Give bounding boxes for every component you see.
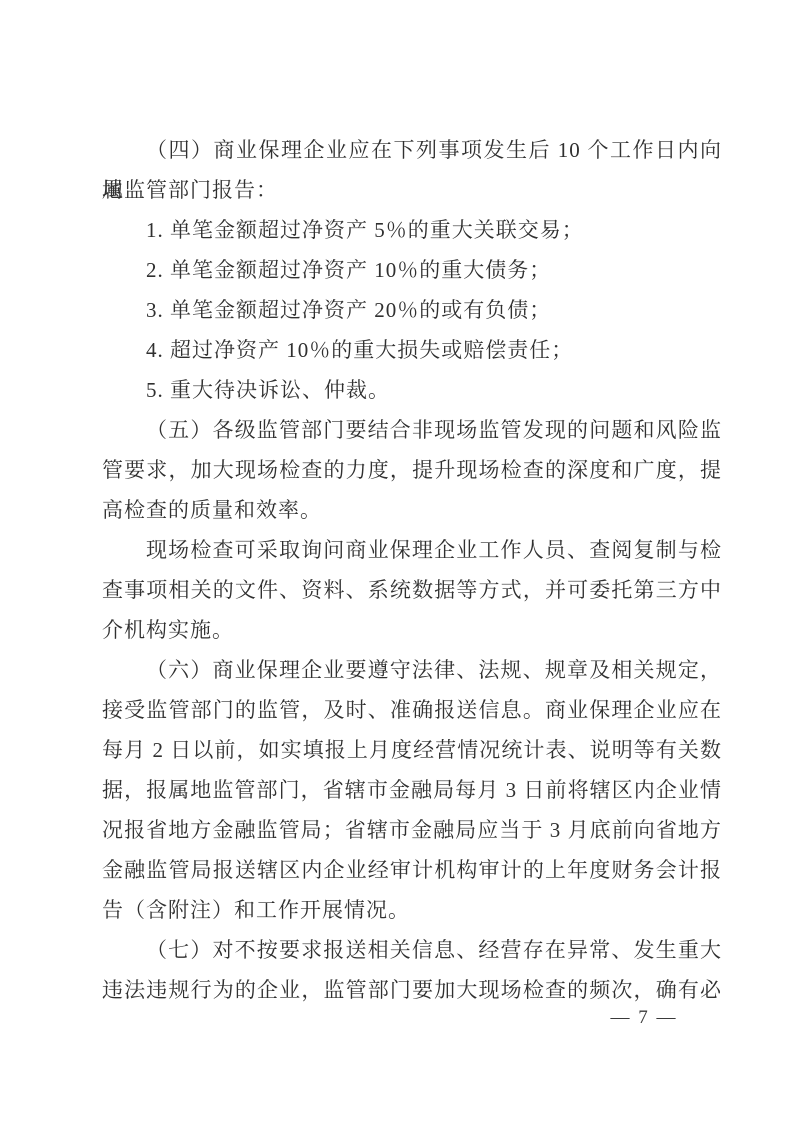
document-body: （四）商业保理企业应在下列事项发生后 10 个工作日内向属 地监管部门报告： 1… — [102, 130, 722, 1010]
list-item: 3. 单笔金额超过净资产 20％的或有负债； — [102, 290, 722, 330]
text-line: （五）各级监管部门要结合非现场监管发现的问题和风险监 — [102, 410, 722, 450]
text-line: （六）商业保理企业要遵守法律、法规、规章及相关规定， — [102, 650, 722, 690]
text-line: 告（含附注）和工作开展情况。 — [102, 890, 722, 930]
list-item: 1. 单笔金额超过净资产 5％的重大关联交易； — [102, 210, 722, 250]
list-item: 2. 单笔金额超过净资产 10％的重大债务； — [102, 250, 722, 290]
text-line: 现场检查可采取询问商业保理企业工作人员、查阅复制与检 — [102, 530, 722, 570]
text-line: 高检查的质量和效率。 — [102, 490, 722, 530]
page-number: — 7 — — [596, 1001, 692, 1035]
text-line: 每月 2 日以前，如实填报上月度经营情况统计表、说明等有关数 — [102, 730, 722, 770]
text-line: 地监管部门报告： — [102, 170, 722, 210]
text-line: 况报省地方金融监管局；省辖市金融局应当于 3 月底前向省地方 — [102, 810, 722, 850]
text-line: （七）对不按要求报送相关信息、经营存在异常、发生重大 — [102, 930, 722, 970]
text-line: 查事项相关的文件、资料、系统数据等方式，并可委托第三方中 — [102, 570, 722, 610]
document-page: （四）商业保理企业应在下列事项发生后 10 个工作日内向属 地监管部门报告： 1… — [0, 0, 800, 1131]
text-line: 金融监管局报送辖区内企业经审计机构审计的上年度财务会计报 — [102, 850, 722, 890]
text-line: 据，报属地监管部门，省辖市金融局每月 3 日前将辖区内企业情 — [102, 770, 722, 810]
text-line: （四）商业保理企业应在下列事项发生后 10 个工作日内向属 — [102, 130, 722, 170]
text-line: 管要求，加大现场检查的力度，提升现场检查的深度和广度，提 — [102, 450, 722, 490]
text-line: 介机构实施。 — [102, 610, 722, 650]
list-item: 4. 超过净资产 10％的重大损失或赔偿责任； — [102, 330, 722, 370]
text-line: 接受监管部门的监管，及时、准确报送信息。商业保理企业应在 — [102, 690, 722, 730]
list-item: 5. 重大待决诉讼、仲裁。 — [102, 370, 722, 410]
